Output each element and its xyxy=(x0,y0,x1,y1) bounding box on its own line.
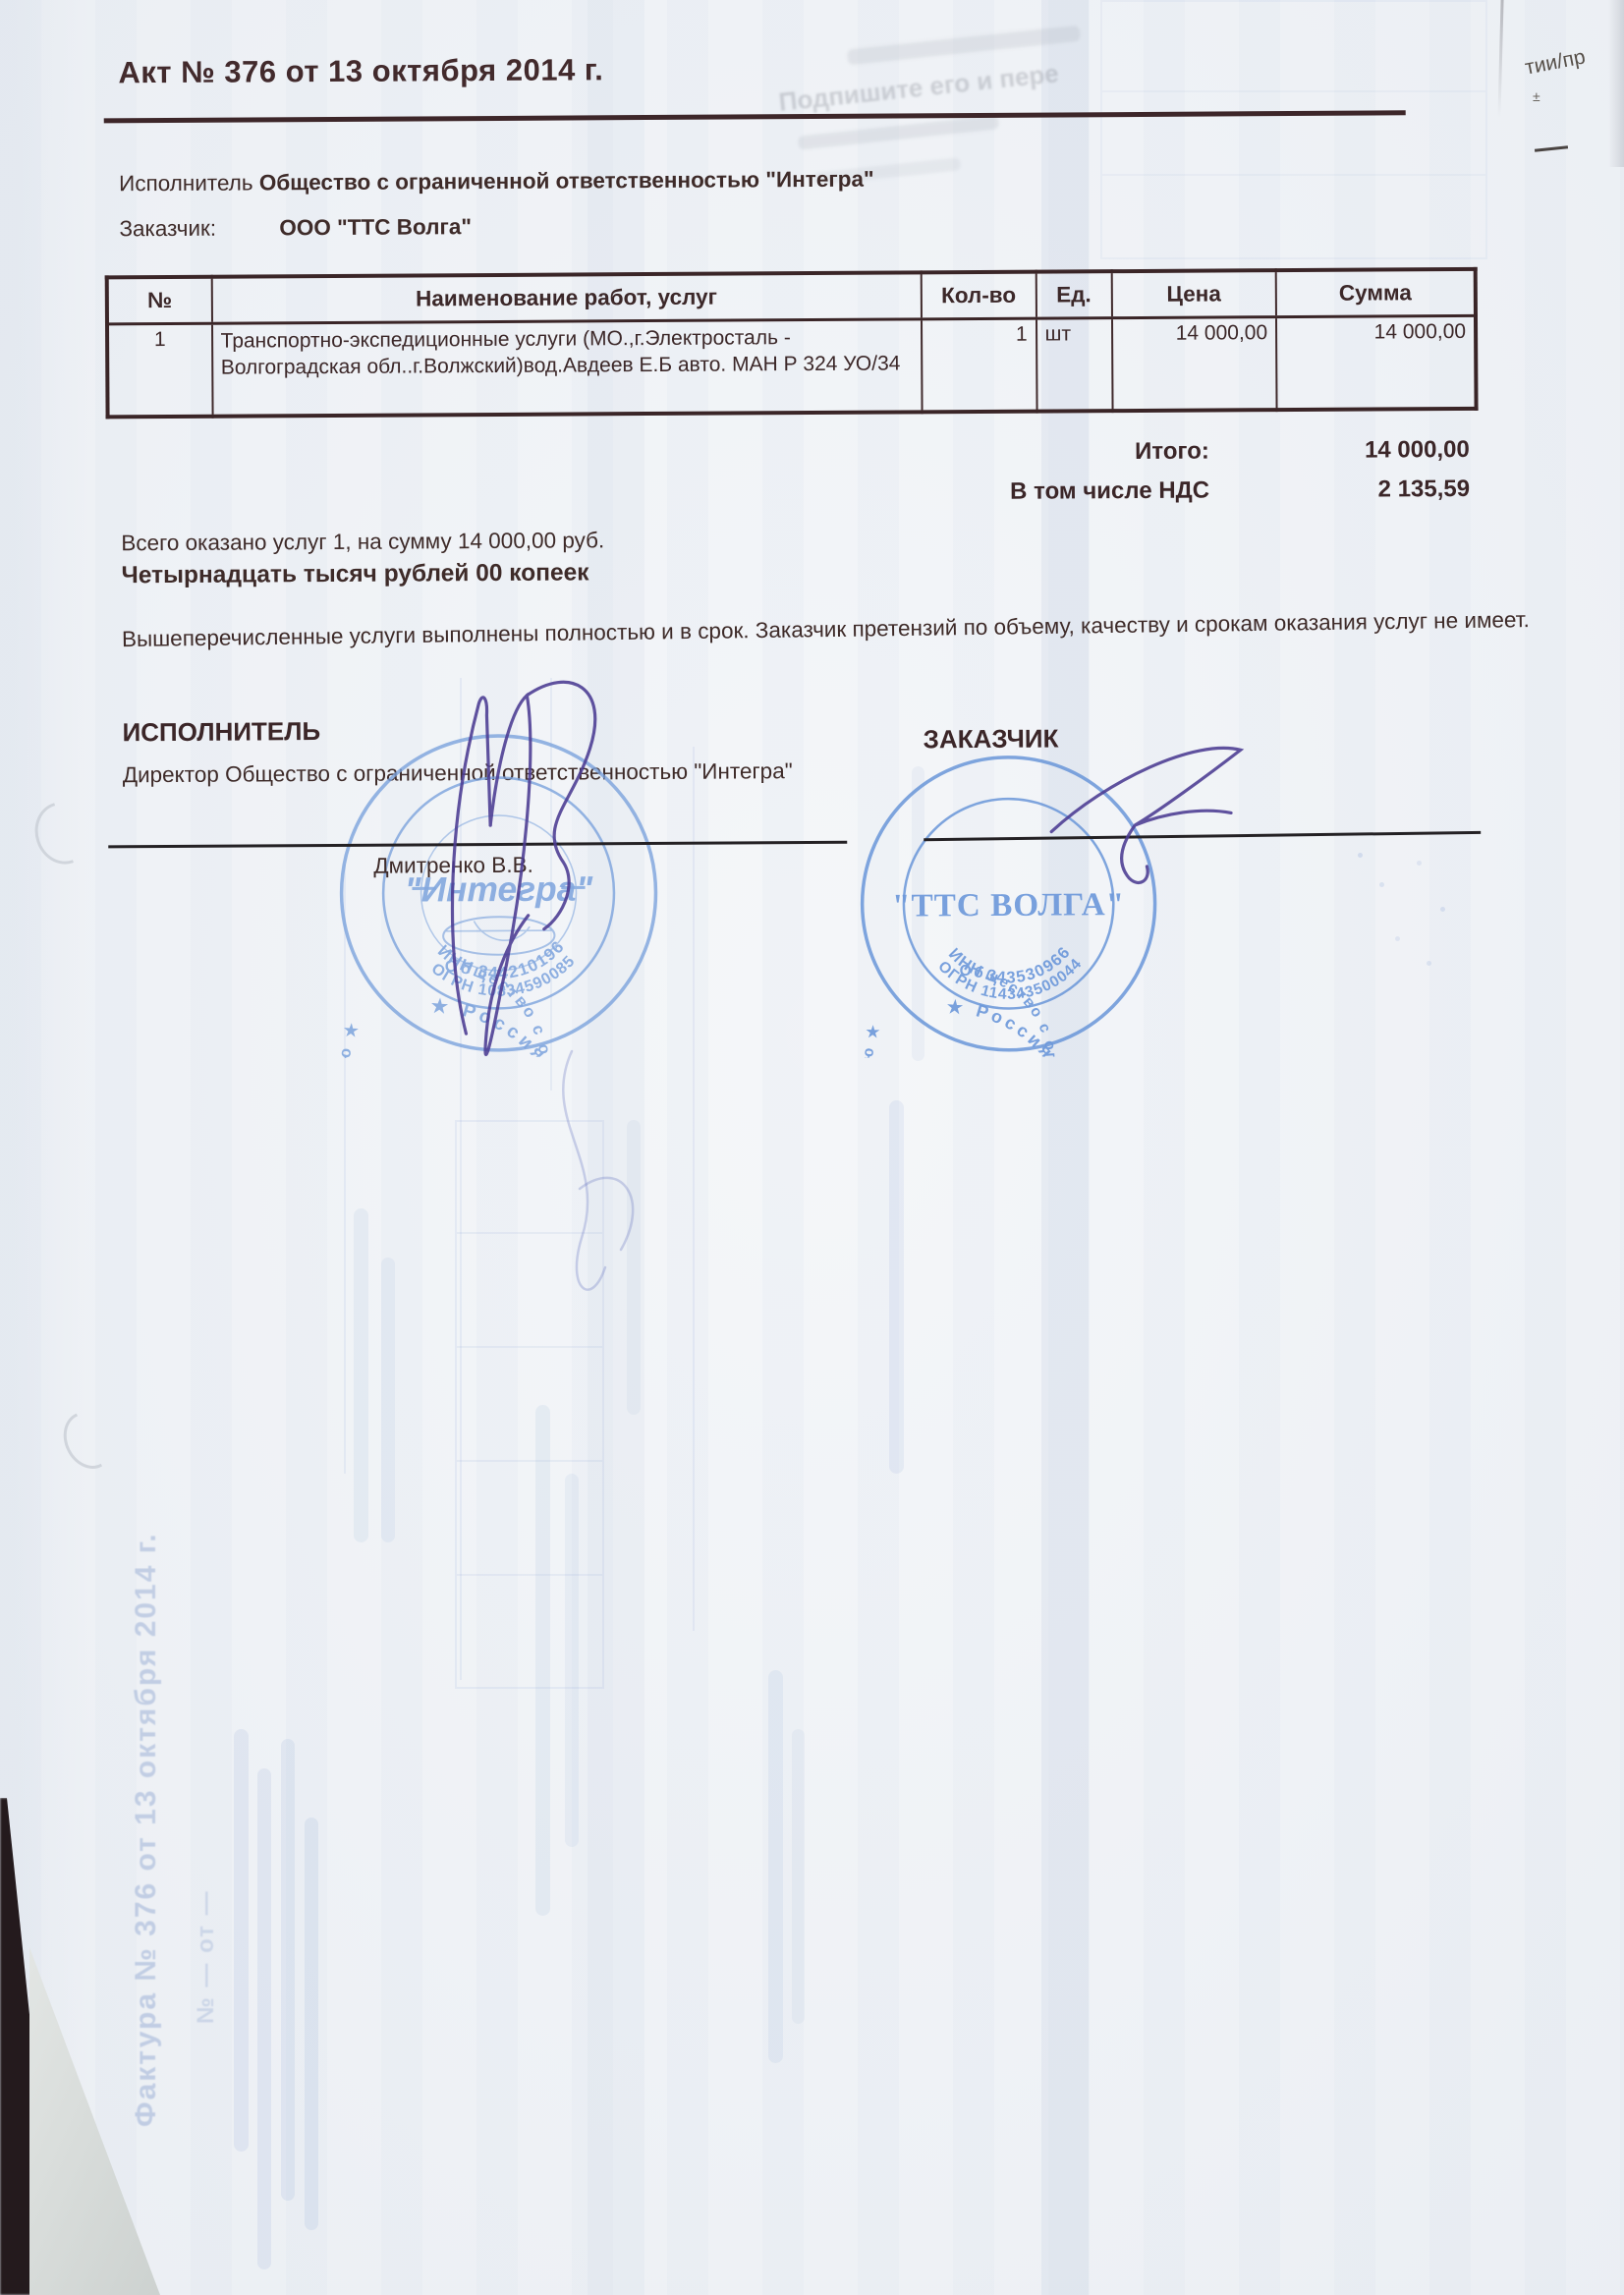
col-header-name: Наименование работ, услуг xyxy=(211,272,922,323)
total-label: Итого: xyxy=(1135,438,1209,466)
cell-price: 14 000,00 xyxy=(1112,317,1277,411)
statement-paragraph: Вышеперечисленные услуги выполнены полно… xyxy=(122,605,1571,655)
total-value: 14 000,00 xyxy=(1209,436,1470,466)
cell-sum: 14 000,00 xyxy=(1276,315,1477,409)
document-content: Акт № 376 от 13 октября 2014 г. Исполнит… xyxy=(0,0,1624,2295)
customer-line: Заказчик: ООО "ТТС Волга" xyxy=(119,214,472,242)
title-underline xyxy=(104,110,1406,123)
col-header-price: Цена xyxy=(1111,270,1276,318)
cell-unit: шт xyxy=(1036,318,1113,411)
vat-label: В том числе НДС xyxy=(1010,477,1209,506)
executor-heading: ИСПОЛНИТЕЛЬ xyxy=(122,716,320,748)
cell-num: 1 xyxy=(107,323,212,417)
executor-value: Общество с ограниченной ответственностью… xyxy=(259,167,874,196)
table-header-row: № Наименование работ, услуг Кол-во Ед. Ц… xyxy=(107,269,1476,324)
executor-line: Исполнитель Общество с ограниченной отве… xyxy=(119,167,874,197)
services-table: № Наименование работ, услуг Кол-во Ед. Ц… xyxy=(105,267,1479,419)
col-header-unit: Ед. xyxy=(1036,271,1111,318)
cell-name: Транспортно-экспедиционные услуги (МО.,г… xyxy=(212,319,923,416)
executor-label: Исполнитель xyxy=(119,170,253,196)
table-row: 1 Транспортно-экспедиционные услуги (МО.… xyxy=(107,315,1477,417)
customer-signature-ink xyxy=(1027,724,1313,903)
summary-line: Всего оказано услуг 1, на сумму 14 000,0… xyxy=(121,528,604,556)
customer-value: ООО "ТТС Волга" xyxy=(279,214,472,240)
vat-value: 2 135,59 xyxy=(1209,476,1470,505)
executor-signature-ink xyxy=(387,657,636,1082)
cell-qty: 1 xyxy=(922,318,1036,412)
col-header-qty: Кол-во xyxy=(922,272,1036,319)
total-line: Итого: 14 000,00 xyxy=(936,436,1470,467)
col-header-num: № xyxy=(107,277,212,324)
page-title: Акт № 376 от 13 октября 2014 г. xyxy=(118,52,603,90)
col-header-sum: Сумма xyxy=(1276,269,1476,317)
customer-label: Заказчик: xyxy=(119,216,216,242)
amount-in-words: Четырнадцать тысяч рублей 00 копеек xyxy=(121,559,588,589)
vat-line: В том числе НДС 2 135,59 xyxy=(936,476,1470,506)
scanned-document-page: Фактура № 376 от 13 октября 2014 г. № — … xyxy=(0,0,1624,2295)
